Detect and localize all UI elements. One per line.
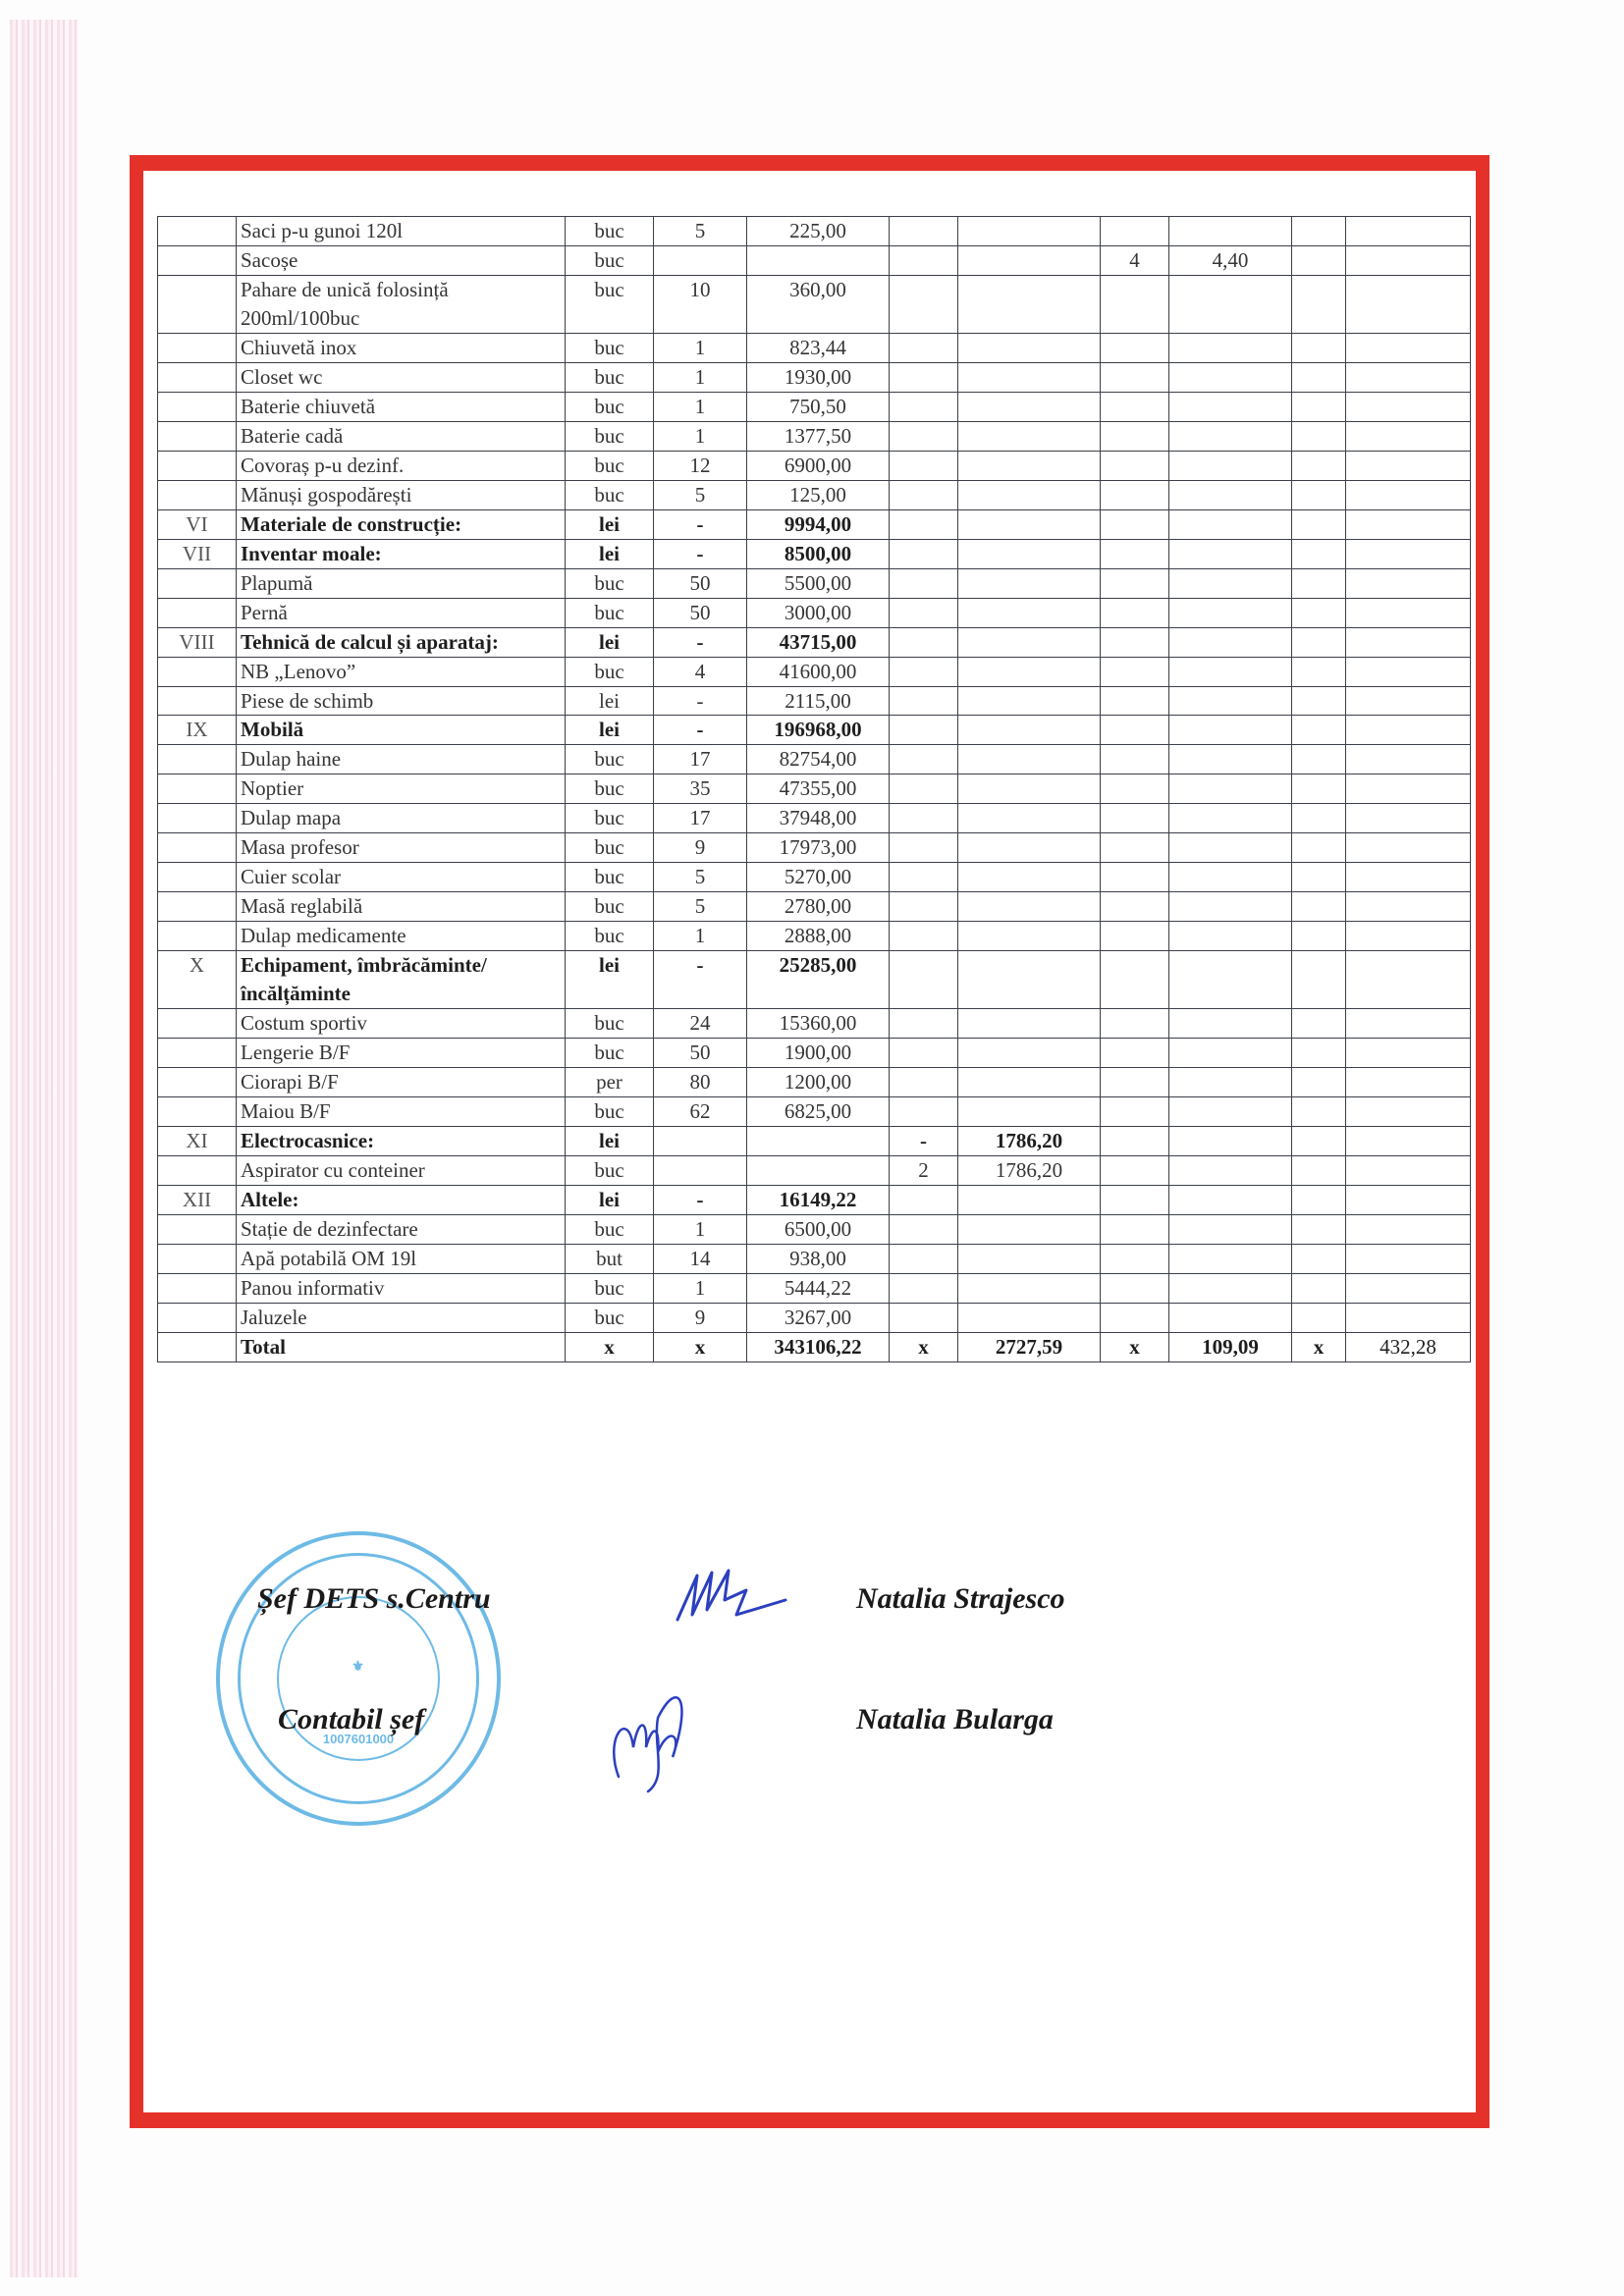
cell-nr [158,686,237,716]
cell-c8 [1101,451,1169,480]
cell-c11 [1346,333,1471,362]
table-row: Piese de schimblei-2115,00 [158,686,1471,716]
cell-c6 [890,598,958,627]
cell-name: Altele: [237,1185,566,1214]
cell-nr [158,774,237,804]
cell-c6 [890,480,958,509]
cell-name: Tehnică de calcul și aparataj: [237,627,566,657]
cell-unit: x [566,1332,654,1362]
cell-sum: 2888,00 [747,922,890,951]
cell-unit: buc [566,1039,654,1068]
cell-qty: 9 [654,1303,747,1332]
cell-qty: 35 [654,774,747,804]
cell-c11 [1346,1156,1471,1186]
cell-c9 [1169,863,1292,892]
cell-c8 [1101,716,1169,745]
cell-c9 [1169,657,1292,686]
section-row: VIIITehnică de calcul și aparataj:lei-43… [158,627,1471,657]
cell-sum: 43715,00 [747,627,890,657]
cell-sum: 6900,00 [747,451,890,480]
cell-nr [158,1214,237,1244]
cell-c7 [958,716,1101,745]
table-row: Mănuși gospodăreștibuc5125,00 [158,480,1471,509]
cell-c11 [1346,804,1471,833]
cell-c11 [1346,1039,1471,1068]
cell-c8 [1101,686,1169,716]
cell-c8 [1101,1039,1169,1068]
cell-unit: buc [566,833,654,863]
cell-c8 [1101,421,1169,451]
cell-qty: 1 [654,333,747,362]
cell-qty: 5 [654,892,747,922]
cell-c11 [1346,217,1471,246]
cell-c10 [1292,421,1346,451]
cell-nr [158,568,237,598]
table-row: Costum sportivbuc2415360,00 [158,1009,1471,1039]
cell-c7 [958,1009,1101,1039]
cell-c7 [958,657,1101,686]
cell-name: Electrocasnice: [237,1127,566,1156]
cell-c6 [890,245,958,275]
section-row: IXMobilălei-196968,00 [158,716,1471,745]
cell-c6 [890,539,958,568]
cell-name: Panou informativ [237,1273,566,1303]
cell-c10 [1292,1303,1346,1332]
cell-name: Pernă [237,598,566,627]
table-row: NB „Lenovo”buc441600,00 [158,657,1471,686]
table-row: Aspirator cu conteinerbuc21786,20 [158,1156,1471,1186]
cell-unit: buc [566,1214,654,1244]
table-row: Chiuvetă inoxbuc1823,44 [158,333,1471,362]
table-row: Dulap medicamentebuc12888,00 [158,922,1471,951]
cell-nr [158,362,237,392]
cell-c11: 432,28 [1346,1332,1471,1362]
cell-nr: XI [158,1127,237,1156]
cell-c7 [958,598,1101,627]
cell-nr: VII [158,539,237,568]
cell-unit: lei [566,539,654,568]
cell-qty: 50 [654,598,747,627]
cell-c10 [1292,774,1346,804]
cell-qty: 24 [654,1009,747,1039]
cell-c9 [1169,627,1292,657]
cell-unit: buc [566,1097,654,1127]
table-row: Panou informativbuc15444,22 [158,1273,1471,1303]
cell-c7 [958,568,1101,598]
cell-c10 [1292,451,1346,480]
cell-c11 [1346,1273,1471,1303]
cell-c9 [1169,716,1292,745]
cell-c6 [890,362,958,392]
cell-name: Baterie chiuvetă [237,392,566,421]
cell-c6 [890,1214,958,1244]
cell-c10 [1292,333,1346,362]
cell-unit: lei [566,1185,654,1214]
cell-nr: VI [158,509,237,539]
cell-qty: 4 [654,657,747,686]
cell-nr [158,657,237,686]
cell-c11 [1346,892,1471,922]
cell-c6 [890,1244,958,1273]
cell-sum: 8500,00 [747,539,890,568]
cell-unit: buc [566,774,654,804]
cell-qty [654,1156,747,1186]
cell-c10 [1292,1185,1346,1214]
cell-name: Dulap haine [237,745,566,774]
cell-unit: buc [566,1009,654,1039]
cell-c8 [1101,392,1169,421]
cell-name: Sacoșe [237,245,566,275]
cell-c9 [1169,539,1292,568]
cell-c10 [1292,1009,1346,1039]
table-row: Dulap mapabuc1737948,00 [158,804,1471,833]
cell-c7: 2727,59 [958,1332,1101,1362]
cell-c9 [1169,480,1292,509]
cell-c8: x [1101,1332,1169,1362]
cell-nr: IX [158,716,237,745]
cell-c8 [1101,863,1169,892]
cell-c6 [890,627,958,657]
cell-unit: buc [566,480,654,509]
cell-nr: X [158,951,237,1009]
cell-c11 [1346,1009,1471,1039]
cell-c6 [890,951,958,1009]
cell-c11 [1346,1127,1471,1156]
cell-c11 [1346,245,1471,275]
cell-c8 [1101,804,1169,833]
cell-c10 [1292,1214,1346,1244]
cell-name: Pahare de unică folosință 200ml/100buc [237,275,566,333]
cell-qty: 1 [654,1214,747,1244]
cell-nr [158,1009,237,1039]
cell-c10 [1292,1244,1346,1273]
cell-name: Aspirator cu conteiner [237,1156,566,1186]
cell-c9 [1169,598,1292,627]
cell-name: Mobilă [237,716,566,745]
cell-c9 [1169,362,1292,392]
cell-nr [158,392,237,421]
cell-c9 [1169,1303,1292,1332]
cell-unit: lei [566,951,654,1009]
cell-nr [158,1273,237,1303]
cell-nr [158,863,237,892]
cell-c11 [1346,480,1471,509]
cell-nr [158,1244,237,1273]
cell-c9 [1169,951,1292,1009]
cell-c6: x [890,1332,958,1362]
table-row: Ciorapi B/Fper801200,00 [158,1068,1471,1097]
cell-sum: 25285,00 [747,951,890,1009]
cell-c11 [1346,686,1471,716]
cell-c9 [1169,1097,1292,1127]
cell-c11 [1346,539,1471,568]
cell-unit: buc [566,745,654,774]
cell-c7 [958,774,1101,804]
cell-c11 [1346,1214,1471,1244]
cell-sum: 15360,00 [747,1009,890,1039]
cell-c11 [1346,745,1471,774]
cell-qty: - [654,1185,747,1214]
table-row: Masa profesorbuc917973,00 [158,833,1471,863]
cell-c6 [890,745,958,774]
cell-sum: 9994,00 [747,509,890,539]
cell-c6 [890,1039,958,1068]
cell-sum: 16149,22 [747,1185,890,1214]
cell-c10 [1292,745,1346,774]
cell-unit: buc [566,1303,654,1332]
cell-c10 [1292,539,1346,568]
cell-qty: 1 [654,421,747,451]
cell-c8 [1101,333,1169,362]
cell-c7 [958,922,1101,951]
cell-c8 [1101,509,1169,539]
section-row: VIIInventar moale:lei-8500,00 [158,539,1471,568]
cell-c8 [1101,1068,1169,1097]
cell-c9 [1169,392,1292,421]
cell-c6 [890,509,958,539]
cell-c10 [1292,922,1346,951]
cell-c10 [1292,892,1346,922]
cell-c9 [1169,774,1292,804]
cell-c10 [1292,1273,1346,1303]
cell-c11 [1346,392,1471,421]
total-row: Totalxx343106,22x2727,59x109,09x432,28 [158,1332,1471,1362]
cell-qty: 62 [654,1097,747,1127]
cell-c8 [1101,774,1169,804]
cell-c10 [1292,509,1346,539]
cell-name: Plapumă [237,568,566,598]
cell-c6 [890,1097,958,1127]
cell-c9 [1169,1039,1292,1068]
cell-c11 [1346,922,1471,951]
cell-c7 [958,245,1101,275]
cell-unit: buc [566,804,654,833]
cell-c8 [1101,1156,1169,1186]
cell-c8 [1101,217,1169,246]
cell-unit: buc [566,892,654,922]
cell-qty: 1 [654,1273,747,1303]
cell-unit: buc [566,1156,654,1186]
cell-c10 [1292,1127,1346,1156]
cell-c10 [1292,1068,1346,1097]
cell-c7 [958,951,1101,1009]
cell-nr [158,833,237,863]
cell-qty: 5 [654,217,747,246]
cell-nr [158,1303,237,1332]
cell-c10 [1292,245,1346,275]
cell-unit: lei [566,686,654,716]
cell-unit: lei [566,716,654,745]
cell-nr [158,1039,237,1068]
cell-c10 [1292,275,1346,333]
cell-c11 [1346,568,1471,598]
cell-name: Masa profesor [237,833,566,863]
cell-name: Mănuși gospodărești [237,480,566,509]
cell-name: Dulap medicamente [237,922,566,951]
cell-name: Baterie cadă [237,421,566,451]
cell-c6 [890,1273,958,1303]
cell-c7 [958,392,1101,421]
table-row: Pernăbuc503000,00 [158,598,1471,627]
cell-c8 [1101,627,1169,657]
cell-unit: buc [566,362,654,392]
cell-c7 [958,892,1101,922]
cell-c7 [958,1185,1101,1214]
cell-c6 [890,421,958,451]
cell-qty: 14 [654,1244,747,1273]
cell-c9 [1169,1009,1292,1039]
cell-c9 [1169,568,1292,598]
cell-qty: - [654,539,747,568]
cell-qty: 1 [654,922,747,951]
cell-qty [654,1127,747,1156]
cell-c9 [1169,686,1292,716]
cell-c7 [958,217,1101,246]
cell-c7 [958,1068,1101,1097]
cell-c7 [958,863,1101,892]
cell-c7 [958,745,1101,774]
cell-c8 [1101,1273,1169,1303]
cell-qty: 10 [654,275,747,333]
cell-sum: 6825,00 [747,1097,890,1127]
table-row: Cuier scolarbuc55270,00 [158,863,1471,892]
cell-c10 [1292,716,1346,745]
cell-nr [158,217,237,246]
cell-nr [158,421,237,451]
cell-c6 [890,392,958,421]
cell-sum: 41600,00 [747,657,890,686]
cell-c11 [1346,1097,1471,1127]
cell-c7 [958,333,1101,362]
cell-c11 [1346,1068,1471,1097]
section-row: XIElectrocasnice:lei-1786,20 [158,1127,1471,1156]
cell-c9 [1169,333,1292,362]
cell-qty: 50 [654,568,747,598]
cell-sum: 3000,00 [747,598,890,627]
cell-qty: 12 [654,451,747,480]
cell-nr [158,451,237,480]
cell-c7 [958,1303,1101,1332]
table-row: Pahare de unică folosință 200ml/100bucbu… [158,275,1471,333]
cell-c7 [958,509,1101,539]
cell-c9 [1169,745,1292,774]
cell-name: Maiou B/F [237,1097,566,1127]
cell-c6 [890,833,958,863]
cell-name: Lengerie B/F [237,1039,566,1068]
cell-sum: 823,44 [747,333,890,362]
cell-c10 [1292,392,1346,421]
cell-qty: - [654,716,747,745]
section-row: XEchipament, îmbrăcăminte/încălțămintele… [158,951,1471,1009]
cell-c7 [958,275,1101,333]
cell-c8 [1101,362,1169,392]
cell-nr [158,1097,237,1127]
cell-nr: XII [158,1185,237,1214]
cell-c11 [1346,716,1471,745]
cell-sum: 225,00 [747,217,890,246]
cell-sum: 37948,00 [747,804,890,833]
cell-nr [158,1068,237,1097]
table-row: Baterie cadăbuc11377,50 [158,421,1471,451]
table-row: Covoraș p-u dezinf.buc126900,00 [158,451,1471,480]
cell-c6 [890,657,958,686]
table-row: Plapumăbuc505500,00 [158,568,1471,598]
cell-name: Cuier scolar [237,863,566,892]
cell-c8 [1101,568,1169,598]
cell-c7 [958,804,1101,833]
cell-c8 [1101,1244,1169,1273]
cell-sum: 196968,00 [747,716,890,745]
cell-c9: 4,40 [1169,245,1292,275]
cell-qty: 50 [654,1039,747,1068]
cell-c8 [1101,745,1169,774]
cell-c9 [1169,1185,1292,1214]
cell-unit: buc [566,657,654,686]
cell-c11 [1346,863,1471,892]
inventory-table: Saci p-u gunoi 120lbuc5225,00Sacoșebuc44… [157,216,1471,1362]
cell-c8 [1101,1097,1169,1127]
cell-c6: - [890,1127,958,1156]
cell-c6 [890,716,958,745]
cell-c6 [890,922,958,951]
cell-c9 [1169,421,1292,451]
cell-c11 [1346,451,1471,480]
cell-name: Covoraș p-u dezinf. [237,451,566,480]
cell-c8 [1101,480,1169,509]
cell-nr [158,804,237,833]
cell-c10 [1292,598,1346,627]
section-row: XIIAltele:lei-16149,22 [158,1185,1471,1214]
cell-c9 [1169,1156,1292,1186]
cell-name: Total [237,1332,566,1362]
cell-c10: x [1292,1332,1346,1362]
cell-unit: buc [566,451,654,480]
cell-c9 [1169,892,1292,922]
cell-sum: 5500,00 [747,568,890,598]
cell-qty: 9 [654,833,747,863]
cell-c8 [1101,1303,1169,1332]
cell-c9 [1169,1273,1292,1303]
cell-c7 [958,1039,1101,1068]
cell-c6 [890,863,958,892]
cell-sum [747,1156,890,1186]
cell-sum: 343106,22 [747,1332,890,1362]
table-row: Masă reglabilăbuc52780,00 [158,892,1471,922]
cell-c9 [1169,1214,1292,1244]
cell-c7 [958,833,1101,863]
cell-unit: but [566,1244,654,1273]
cell-sum: 125,00 [747,480,890,509]
cell-c9 [1169,509,1292,539]
cell-nr [158,745,237,774]
cell-c8 [1101,833,1169,863]
cell-c10 [1292,1097,1346,1127]
cell-c6 [890,686,958,716]
cell-c6 [890,275,958,333]
cell-c6 [890,451,958,480]
cell-c8 [1101,598,1169,627]
cell-c11 [1346,598,1471,627]
cell-c10 [1292,657,1346,686]
table-row: Baterie chiuvetăbuc1750,50 [158,392,1471,421]
table-row: Apă potabilă OM 19lbut14938,00 [158,1244,1471,1273]
cell-sum: 82754,00 [747,745,890,774]
cell-sum: 750,50 [747,392,890,421]
cell-qty: 5 [654,480,747,509]
cell-nr [158,275,237,333]
cell-unit: per [566,1068,654,1097]
cell-c9 [1169,1127,1292,1156]
